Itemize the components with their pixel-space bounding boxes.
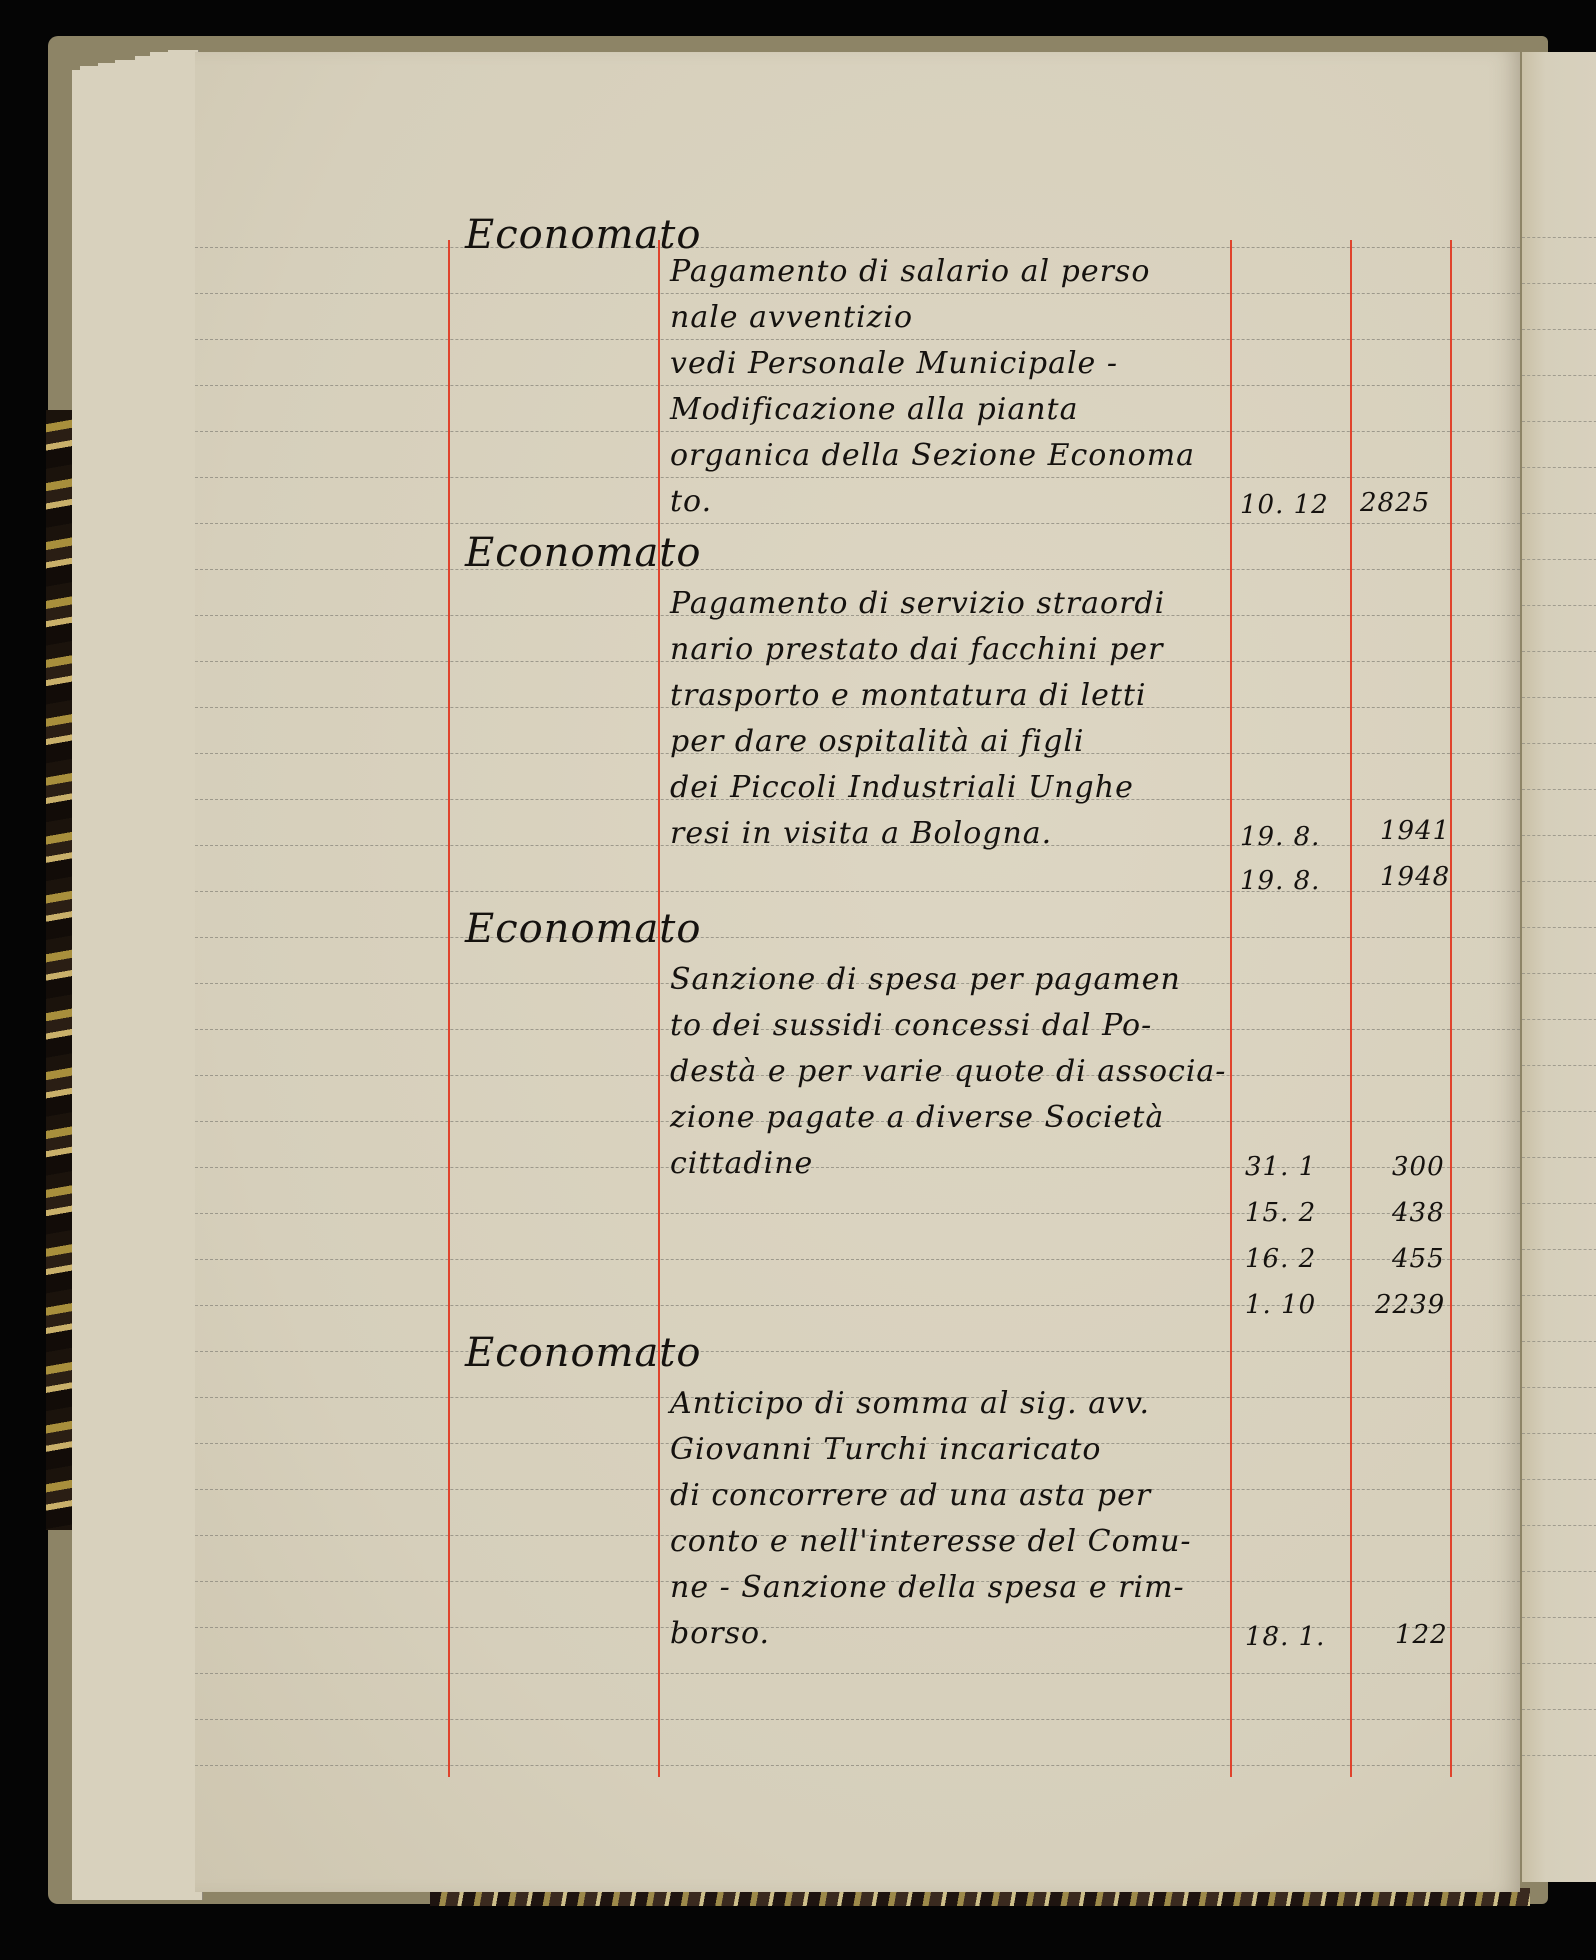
entry-date: 19. 8. <box>1240 822 1320 852</box>
entry-line: di concorrere ad una asta per <box>670 1478 1151 1513</box>
entry-heading: Economato <box>465 212 701 258</box>
entry-amount: 300 <box>1392 1152 1445 1182</box>
entry-heading: Economato <box>465 1330 701 1376</box>
entry-line: organica della Sezione Economa <box>670 438 1195 473</box>
entry-line: zione pagate a diverse Società <box>670 1100 1164 1135</box>
entry-date: 10. 12 <box>1240 490 1329 520</box>
entry-line: Pagamento di salario al perso <box>670 254 1150 289</box>
facing-page <box>1522 52 1596 1882</box>
entry-line: Pagamento di servizio straordi <box>670 586 1165 621</box>
entry-line: to dei sussidi concessi dal Po- <box>670 1008 1152 1043</box>
red-rule-right <box>1450 240 1452 1777</box>
entry-line: to. <box>670 484 712 519</box>
red-rule-amount <box>1350 240 1352 1777</box>
entry-amount: 122 <box>1395 1620 1448 1650</box>
entry-line: conto e nell'interesse del Comu- <box>670 1524 1192 1559</box>
entry-amount: 438 <box>1392 1198 1445 1228</box>
red-rule-date <box>1230 240 1232 1777</box>
entry-line: Sanzione di spesa per pagamen <box>670 962 1181 997</box>
entry-amount: 455 <box>1392 1244 1445 1274</box>
entry-line: ne - Sanzione della spesa e rim- <box>670 1570 1185 1605</box>
entry-line: trasporto e montatura di letti <box>670 678 1147 713</box>
entry-line: per dare ospitalità ai figli <box>670 724 1085 759</box>
entry-date: 31. 1 <box>1245 1152 1316 1182</box>
entry-date: 18. 1. <box>1245 1622 1325 1652</box>
entry-date: 1. 10 <box>1245 1290 1316 1320</box>
entry-line: destà e per varie quote di associa- <box>670 1054 1226 1089</box>
entry-line: resi in visita a Bologna. <box>670 816 1052 851</box>
entry-amount: 2825 <box>1360 488 1430 518</box>
entry-date: 19. 8. <box>1240 866 1320 896</box>
red-rule-description <box>658 240 660 1777</box>
entry-heading: Economato <box>465 906 701 952</box>
entry-line: nario prestato dai facchini per <box>670 632 1164 667</box>
entry-line: Anticipo di somma al sig. avv. <box>670 1386 1150 1421</box>
entry-heading: Economato <box>465 530 701 576</box>
marbled-binding-edge <box>46 410 74 1530</box>
entry-line: Giovanni Turchi incaricato <box>670 1432 1102 1467</box>
entry-date: 15. 2 <box>1245 1198 1316 1228</box>
entry-amount: 1948 <box>1380 862 1450 892</box>
entry-date: 16. 2 <box>1245 1244 1316 1274</box>
red-rule-heading <box>448 240 450 1777</box>
entry-line: dei Piccoli Industriali Unghe <box>670 770 1134 805</box>
entry-amount: 1941 <box>1380 816 1450 846</box>
entry-line: nale avventizio <box>670 300 913 335</box>
entry-line: Modificazione alla pianta <box>670 392 1078 427</box>
entry-amount: 2239 <box>1375 1290 1445 1320</box>
entry-line: borso. <box>670 1616 770 1651</box>
entry-line: vedi Personale Municipale - <box>670 346 1118 381</box>
entry-line: cittadine <box>670 1146 813 1181</box>
